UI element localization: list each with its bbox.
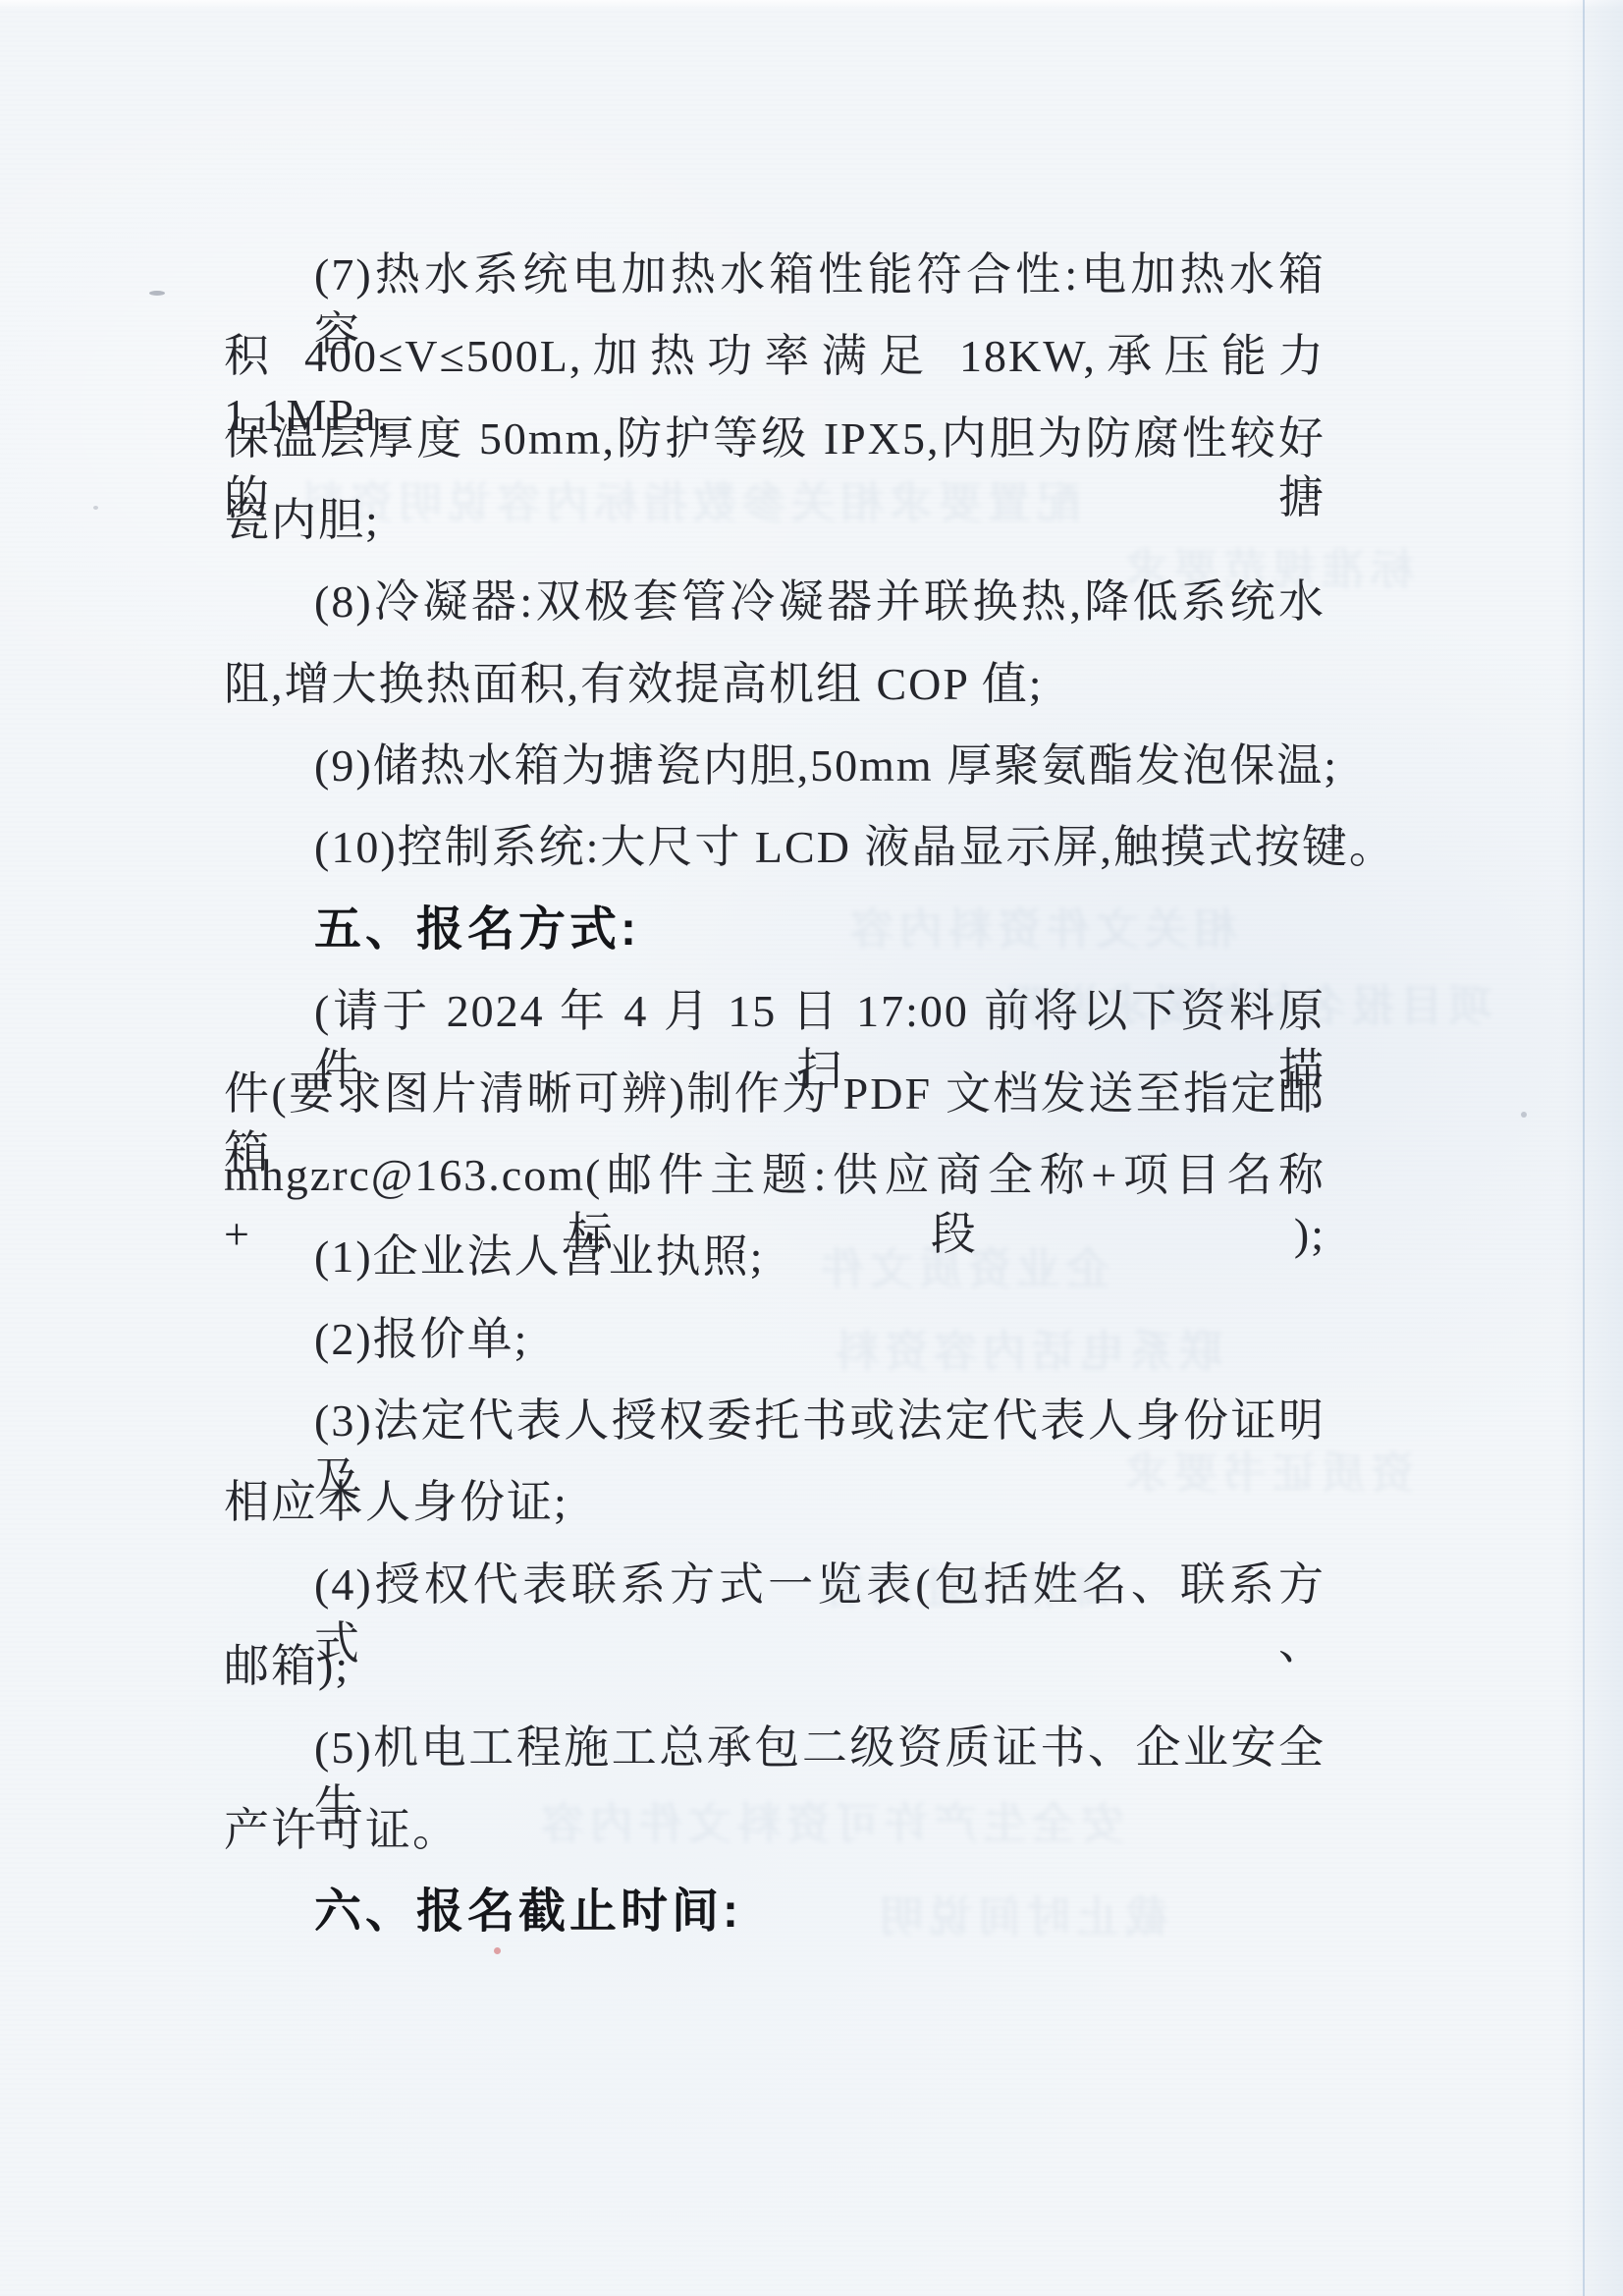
- text-line: (5)机电工程施工总承包二级资质证书、企业安全生: [224, 1719, 1325, 1779]
- text-line: 邮箱);: [224, 1637, 1325, 1698]
- text-line: 保温层厚度 50mm,防护等级 IPX5,内胆为防腐性较好的搪: [224, 410, 1325, 470]
- text-line: (请于 2024 年 4 月 15 日 17:00 前将以下资料原件扫描: [224, 982, 1325, 1043]
- text-line: (10)控制系统:大尺寸 LCD 液晶显示屏,触摸式按键。: [224, 818, 1325, 879]
- section-heading: 五、报名方式:: [224, 901, 1325, 961]
- text-line: (4)授权代表联系方式一览表(包括姓名、联系方式、: [224, 1556, 1325, 1616]
- text-line: (2)报价单;: [224, 1310, 1325, 1371]
- scan-speck: [1521, 1112, 1527, 1118]
- text-line: (1)企业法人营业执照;: [224, 1228, 1325, 1288]
- scan-speck: [149, 291, 165, 296]
- text-line: 相应本人身份证;: [224, 1473, 1325, 1534]
- text-line: 积 400≤V≤500L,加热功率满足 18KW,承压能力 1.1MPa,: [224, 327, 1325, 388]
- scanned-document-page: 配置要求相关参数指标内容说明资料标准规范要求相关文件资料内容项目报名材料要求说明…: [0, 0, 1623, 2296]
- scanner-edge-line: [1583, 0, 1585, 2296]
- section-heading: 六、报名截止时间:: [224, 1883, 1325, 1943]
- text-line: (7)热水系统电加热水箱性能符合性:电加热水箱容: [224, 246, 1325, 306]
- text-line: 阻,增大换热面积,有效提高机组 COP 值;: [224, 655, 1325, 716]
- text-line: (3)法定代表人授权委托书或法定代表人身份证明及: [224, 1392, 1325, 1452]
- text-line: 产许可证。: [224, 1801, 1325, 1862]
- document-text: (7)热水系统电加热水箱性能符合性:电加热水箱容积 400≤V≤500L,加热功…: [224, 0, 1325, 2296]
- text-line: mhgzrc@163.com(邮件主题:供应商全称+项目名称+标段);: [224, 1146, 1325, 1207]
- text-line: (9)储热水箱为搪瓷内胆,50mm 厚聚氨酯发泡保温;: [224, 737, 1325, 797]
- text-line: 瓷内胆;: [224, 491, 1325, 552]
- text-line: (8)冷凝器:双极套管冷凝器并联换热,降低系统水: [224, 573, 1325, 633]
- scan-speck: [93, 506, 98, 510]
- text-line: 件(要求图片清晰可辨)制作为 PDF 文档发送至指定邮箱: [224, 1065, 1325, 1125]
